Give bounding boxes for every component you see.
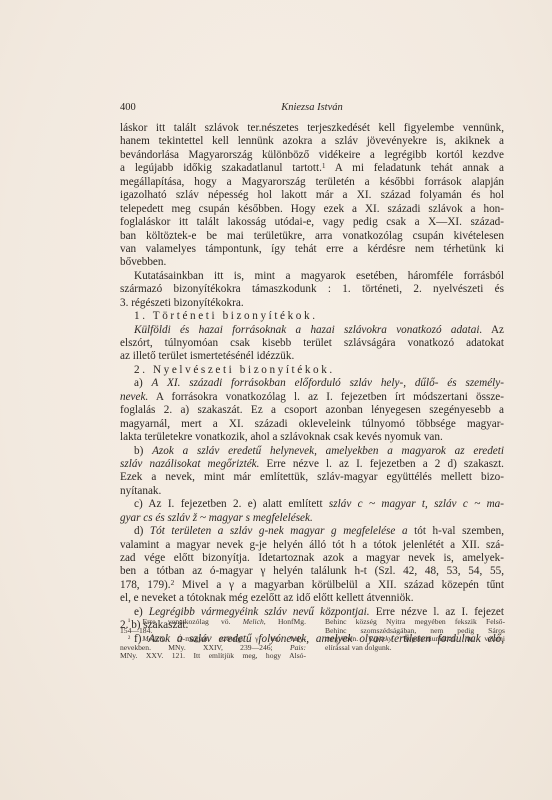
text-run: magyarnál, mert a XI. századi oklevelein… (120, 418, 504, 430)
text-run: igazolható szláv népesség hol lakott már… (120, 189, 504, 201)
text-run: Kutatásainkban itt is, mint a magyarok e… (134, 270, 504, 282)
text-line: el, e neveket a tótoknak még ezelőtt az … (120, 592, 504, 605)
text-line: nevek. A forrásokra vonatkozólag l. az I… (120, 391, 504, 404)
italic-phrase: Melich, (243, 617, 266, 626)
text-run: Ezek a nevek, mint már említettük, szláv… (120, 471, 504, 483)
text-run: elírással van dolgunk. (325, 643, 391, 652)
text-run: az illető terület ismertetésénél idézzük… (120, 350, 294, 362)
text-run: láskor itt talált szlávok ter.nészetes t… (120, 122, 504, 134)
text-line: igazolható szláv népesség hol lakott már… (120, 189, 504, 202)
text-run: Az (482, 324, 504, 336)
text-line: nyítanak. (120, 485, 504, 498)
text-run: MNy. XXV. 121. Itt említjük meg, hogy Al… (120, 651, 306, 660)
text-run: bővebben. (120, 256, 166, 268)
text-line: bevándorlása Magyarország különböző vidé… (120, 149, 504, 162)
text-run: származó bizonyítékokra támaszkodunk : 1… (120, 283, 504, 295)
italic-phrase: gyar cs és szláv ž ~ magyar s megfelelés… (120, 512, 313, 524)
italic-phrase: nevek. (120, 391, 148, 403)
text-run: d) (134, 525, 150, 537)
text-line: Kutatásainkban itt is, mint a magyarok e… (120, 270, 504, 283)
page-header: 400 Kniezsa István (120, 102, 504, 116)
footnote-line: elírással van dolgunk. (325, 644, 505, 653)
footnote-line: MNy. XXV. 121. Itt említjük meg, hogy Al… (120, 652, 306, 661)
footnotes-right-column: Behinc község Nyitra megyében fekszik Fe… (325, 618, 505, 652)
text-line: elszórt, túlnyomóan csak kisebb terület … (120, 337, 504, 350)
text-run: bevándorlása Magyarország különböző vidé… (120, 149, 504, 161)
text-run: a legújabb időkig szakadatlanul tartott. (120, 162, 322, 174)
text-line: 3. régészeti bizonyítékokra. (120, 297, 504, 310)
text-run: foglaláskor itt talált lakosság utódai-e… (120, 216, 504, 228)
text-run: valamint a magyar nevek g-je helyén álló… (120, 539, 504, 551)
text-line: Külföldi és hazai forrásoknak a hazai sz… (120, 324, 504, 337)
footnotes-left-column: ¹ Erre vonatkozólag vö. Melich, HonfMg.1… (120, 618, 306, 661)
text-line: láskor itt talált szlávok ter.nészetes t… (120, 122, 504, 135)
text-run: 1. Történeti bizonyítékok. (134, 310, 318, 322)
text-run: 178, 179). (120, 579, 171, 591)
text-line: bővebben. (120, 256, 504, 269)
text-run: A forrásokra vonatkozólag l. az I. fejez… (148, 391, 504, 403)
text-line: szláv nazálisokat megőrizték. Erre nézve… (120, 458, 504, 471)
text-run: lakta területekre vonatkozik, ahol a szl… (120, 431, 443, 443)
text-run: a) (134, 377, 152, 389)
text-line: a legújabb időkig szakadatlanul tartott.… (120, 162, 504, 175)
text-line: ben a tótban az ó-magyar γ helyén találu… (120, 565, 504, 578)
italic-phrase: Azok a szláv eredetű helynevek, amelyekb… (152, 445, 504, 457)
text-run: van valamelyes támpontunk, így tehát err… (120, 243, 504, 255)
text-line: ban költöztek-e be mai területükre, arra… (120, 230, 504, 243)
text-run: HonfMg. (266, 617, 306, 626)
text-line: az illető terület ismertetésénél idézzük… (120, 350, 504, 363)
text-line: magyarnál, mert a XI. századi oklevelein… (120, 418, 504, 431)
text-line: foglalás 2. a) szakaszát. Ez a csoport a… (120, 404, 504, 417)
text-line: hanem tekintettel kell lennünk azokra a … (120, 135, 504, 148)
italic-phrase: szláv nazálisokat megőrizték. (120, 458, 259, 470)
italic-phrase: A XI. századi forrásokban előforduló szl… (152, 377, 504, 389)
text-run: hanem tekintettel kell lennünk azokra a … (120, 135, 504, 147)
text-line: b) Azok a szláv eredetű helynevek, amely… (120, 445, 504, 458)
text-run: e) (134, 606, 149, 618)
text-run: zad vége előtt bizonyítja. Idetartoznak … (120, 552, 504, 564)
text-line: megállapítása, hogy a Magyarország terül… (120, 176, 504, 189)
italic-phrase: Legrégibb vármegyéink szláv nevű központ… (149, 606, 370, 618)
text-line: zad vége előtt bizonyítja. Idetartoznak … (120, 552, 504, 565)
book-page: 400 Kniezsa István láskor itt talált szl… (0, 0, 552, 800)
text-run: Erre nézve l. az I. fejezetben a 2 d) sz… (259, 458, 504, 470)
text-run: ben a tótban az ó-magyar γ helyén találu… (120, 565, 504, 577)
text-run: b) (134, 445, 152, 457)
text-run: 3. régészeti bizonyítékokra. (120, 297, 244, 309)
text-line: valamint a magyar nevek g-je helyén álló… (120, 539, 504, 552)
text-line: van valamelyes támpontunk, így tehát err… (120, 243, 504, 256)
text-run: c) Az I. fejezetben 2. e) alatt említett (134, 498, 329, 510)
text-line: c) Az I. fejezetben 2. e) alatt említett… (120, 498, 504, 511)
italic-phrase: Tót területen a szláv g-nek magyar g meg… (150, 525, 408, 537)
text-run: tót h-val szemben, (408, 525, 504, 537)
text-run: Erre nézve l. az I. fejezet (370, 606, 504, 618)
text-line: telepedett meg csupán későbben. Hogy eze… (120, 203, 504, 216)
text-run: nyítanak. (120, 485, 161, 497)
text-line: Ezek a nevek, mint már említettük, szláv… (120, 471, 504, 484)
text-line: gyar cs és szláv ž ~ magyar s megfelelés… (120, 512, 504, 525)
text-run: A mi feladatunk tehát annak a (326, 162, 504, 174)
text-line: lakta területekre vonatkozik, ahol a szl… (120, 431, 504, 444)
text-line: a) A XI. századi forrásokban előforduló … (120, 377, 504, 390)
text-line: 1. Történeti bizonyítékok. (120, 310, 504, 323)
text-line: származó bizonyítékokra támaszkodunk : 1… (120, 283, 504, 296)
text-run: el, e neveket a tótoknak még ezelőtt az … (120, 592, 414, 604)
text-run: telepedett meg csupán későbben. Hogy eze… (120, 203, 504, 215)
text-run: ban költöztek-e be mai területükre, arra… (120, 230, 504, 242)
text-run: Repertoriumában itt valami (392, 634, 505, 643)
running-title: Kniezsa István (120, 102, 504, 113)
text-line: foglaláskor itt talált lakosság utódai-e… (120, 216, 504, 229)
italic-phrase: szláv c ~ magyar t, szláv c ~ ma- (329, 498, 504, 510)
italic-phrase: Külföldi és hazai forrásoknak a hazai sz… (134, 324, 482, 336)
text-run: elszórt, túlnyomóan csak kisebb terület … (120, 337, 504, 349)
text-run: Mivel a γ a magyarban körülbelül a XII. … (174, 579, 504, 591)
text-run: foglalás 2. a) szakaszát. Ez a csoport a… (120, 404, 504, 416)
text-run: megállapítása, hogy a Magyarország terül… (120, 176, 504, 188)
text-run: 2. Nyelvészeti bizonyítékok. (134, 364, 335, 376)
text-line: 178, 179).2 Mivel a γ a magyarban körülb… (120, 579, 504, 592)
text-line: 2. Nyelvészeti bizonyítékok. (120, 364, 504, 377)
text-line: d) Tót területen a szláv g-nek magyar g … (120, 525, 504, 538)
body-text: láskor itt talált szlávok ter.nészetes t… (120, 122, 504, 646)
